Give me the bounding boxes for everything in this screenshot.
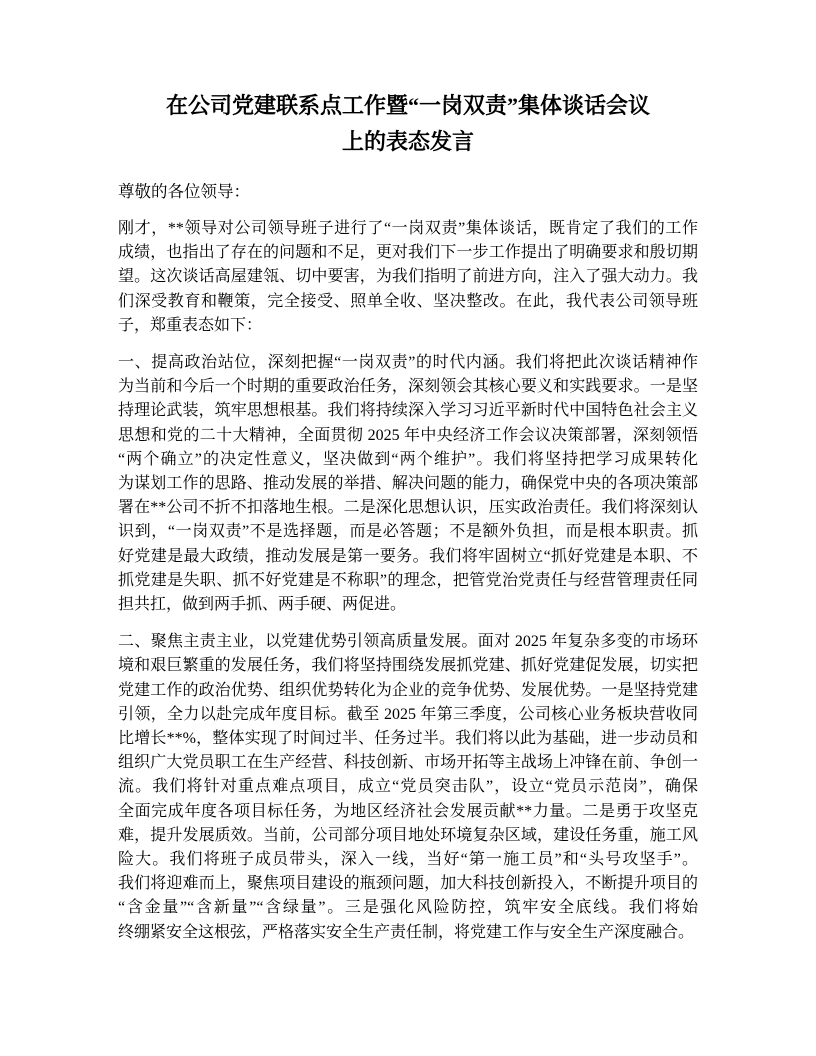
document-title: 在公司党建联系点工作暨“一岗双责”集体谈话会议 上的表态发言 xyxy=(118,88,698,160)
text-line: 担共扛，做到两手抓、两手硬、两促进。 xyxy=(118,593,698,617)
text-line: 一、提高政治站位，深刻把握“一岗双责”的时代内涵。我们将把此次谈话精神作 xyxy=(118,351,698,375)
text-line: 为当前和今后一个时期的重要政治任务，深刻领会其核心要义和实践要求。一是坚 xyxy=(118,375,698,399)
paragraph-section-two: 二、聚焦主责主业，以党建优势引领高质量发展。面对 2025 年复杂多变的市场环境… xyxy=(118,630,698,945)
document-page: 在公司党建联系点工作暨“一岗双责”集体谈话会议 上的表态发言 尊敬的各位领导： … xyxy=(0,0,816,1056)
text-line: 难，提升发展质效。当前，公司部分项目地处环境复杂区域，建设任务重，施工风 xyxy=(118,824,698,848)
text-line: 望。这次谈话高屋建瓴、切中要害，为我们指明了前进方向，注入了强大动力。我 xyxy=(118,265,698,289)
text-line: 全面完成年度各项目标任务，为地区经济社会发展贡献**力量。二是勇于攻坚克 xyxy=(118,800,698,824)
text-line: 抓党建是失职、抓不好党建是不称职”的理念，把管党治党责任与经营管理责任同 xyxy=(118,569,698,593)
text-line: 子，郑重表态如下： xyxy=(118,314,698,338)
text-line: 流。我们将针对重点难点项目，成立“党员突击队”，设立“党员示范岗”，确保 xyxy=(118,775,698,799)
text-line: 我们将迎难而上，聚焦项目建设的瓶颈问题，加大科技创新投入，不断提升项目的 xyxy=(118,872,698,896)
paragraph-opening: 刚才，**领导对公司领导班子进行了“一岗双责”集体谈话，既肯定了我们的工作成绩，… xyxy=(118,217,698,338)
text-line: 引领，全力以赴完成年度目标。截至 2025 年第三季度，公司核心业务板块营收同 xyxy=(118,703,698,727)
text-line: 思想和党的二十大精神，全面贯彻 2025 年中央经济工作会议决策部署，深刻领悟 xyxy=(118,424,698,448)
text-line: 刚才，**领导对公司领导班子进行了“一岗双责”集体谈话，既肯定了我们的工作 xyxy=(118,217,698,241)
text-line: “含金量”“含新量”“含绿量”。三是强化风险防控，筑牢安全底线。我们将始 xyxy=(118,896,698,920)
text-line: 识到，“一岗双责”不是选择题，而是必答题；不是额外负担，而是根本职责。抓 xyxy=(118,520,698,544)
text-line: 为谋划工作的思路、推动发展的举措、解决问题的能力，确保党中央的各项决策部 xyxy=(118,472,698,496)
text-line: 党建工作的政治优势、组织优势转化为企业的竞争优势、发展优势。一是坚持党建 xyxy=(118,679,698,703)
title-line-1: 在公司党建联系点工作暨“一岗双责”集体谈话会议 xyxy=(118,88,698,124)
text-line: 持理论武装，筑牢思想根基。我们将持续深入学习习近平新时代中国特色社会主义 xyxy=(118,399,698,423)
text-line: 好党建是最大政绩，推动发展是第一要务。我们将牢固树立“抓好党建是本职、不 xyxy=(118,545,698,569)
text-line: 终绷紧安全这根弦，严格落实安全生产责任制，将党建工作与安全生产深度融合。 xyxy=(118,921,698,945)
title-line-2: 上的表态发言 xyxy=(118,124,698,160)
text-line: 境和艰巨繁重的发展任务，我们将坚持围绕发展抓党建、抓好党建促发展，切实把 xyxy=(118,654,698,678)
paragraph-section-one: 一、提高政治站位，深刻把握“一岗双责”的时代内涵。我们将把此次谈话精神作为当前和… xyxy=(118,351,698,617)
text-line: 署在**公司不折不扣落地生根。二是深化思想认识，压实政治责任。我们将深刻认 xyxy=(118,496,698,520)
text-line: 们深受教育和鞭策，完全接受、照单全收、坚决整改。在此，我代表公司领导班 xyxy=(118,290,698,314)
greeting-line: 尊敬的各位领导： xyxy=(118,180,698,204)
text-line: 险大。我们将班子成员带头，深入一线，当好“第一施工员”和“头号攻坚手”。 xyxy=(118,848,698,872)
text-line: 成绩，也指出了存在的问题和不足，更对我们下一步工作提出了明确要求和殷切期 xyxy=(118,241,698,265)
text-line: 组织广大党员职工在生产经营、科技创新、市场开拓等主战场上冲锋在前、争创一 xyxy=(118,751,698,775)
text-line: 比增长**%，整体实现了时间过半、任务过半。我们将以此为基础，进一步动员和 xyxy=(118,727,698,751)
text-line: “两个确立”的决定性意义，坚决做到“两个维护”。我们将坚持把学习成果转化 xyxy=(118,448,698,472)
text-line: 二、聚焦主责主业，以党建优势引领高质量发展。面对 2025 年复杂多变的市场环 xyxy=(118,630,698,654)
document-content: 在公司党建联系点工作暨“一岗双责”集体谈话会议 上的表态发言 尊敬的各位领导： … xyxy=(118,0,698,945)
